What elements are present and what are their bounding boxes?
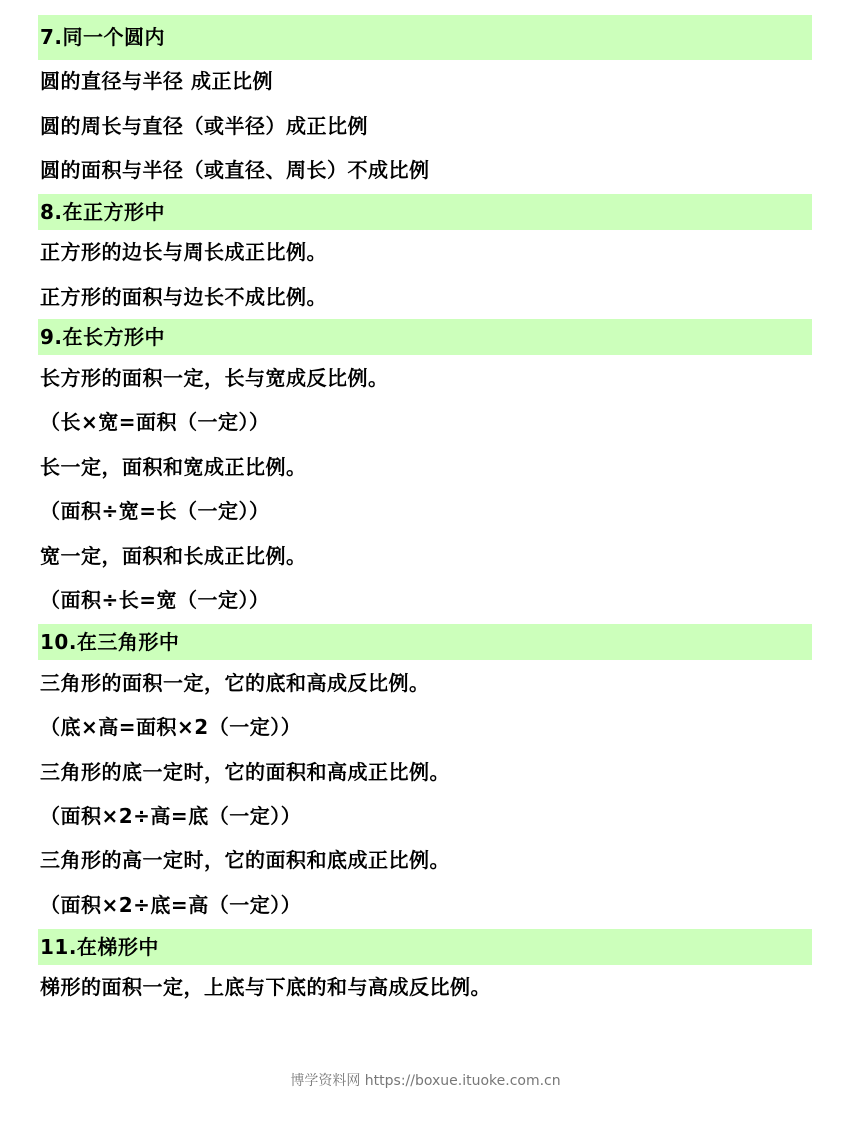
section-8-line-2: 正方形的面积与边长不成比例。 <box>40 284 327 310</box>
section-11-heading: 11.在梯形中 <box>40 934 159 960</box>
section-9-line-5: 宽一定，面积和长成正比例。 <box>40 543 307 569</box>
section-10-line-2: （底×高=面积×2（一定）） <box>40 714 301 740</box>
section-9-line-3: 长一定，面积和宽成正比例。 <box>40 454 307 480</box>
section-10-line-5: 三角形的高一定时，它的面积和底成正比例。 <box>40 847 450 873</box>
section-10-line-1: 三角形的面积一定，它的底和高成反比例。 <box>40 670 430 696</box>
section-9-line-2: （长×宽=面积（一定）） <box>40 409 270 435</box>
footer-watermark: 博学资料网 https://boxue.ituoke.com.cn <box>0 1070 851 1090</box>
section-9-line-4: （面积÷宽=长（一定）） <box>40 498 270 524</box>
section-9-heading: 9.在长方形中 <box>40 324 165 350</box>
section-7-heading: 7.同一个圆内 <box>40 24 165 50</box>
section-10-heading: 10.在三角形中 <box>40 629 179 655</box>
section-10-line-4: （面积×2÷高=底（一定）） <box>40 803 301 829</box>
section-9-line-1: 长方形的面积一定，长与宽成反比例。 <box>40 365 389 391</box>
section-8-heading: 8.在正方形中 <box>40 199 165 225</box>
section-8-line-1: 正方形的边长与周长成正比例。 <box>40 239 327 265</box>
section-10-line-6: （面积×2÷底=高（一定）） <box>40 892 301 918</box>
section-11-line-1: 梯形的面积一定，上底与下底的和与高成反比例。 <box>40 974 491 1000</box>
section-7-line-2: 圆的周长与直径（或半径）成正比例 <box>40 113 368 139</box>
section-7-line-3: 圆的面积与半径（或直径、周长）不成比例 <box>40 157 430 183</box>
section-10-line-3: 三角形的底一定时，它的面积和高成正比例。 <box>40 759 450 785</box>
section-9-line-6: （面积÷长=宽（一定）） <box>40 587 270 613</box>
section-7-line-1: 圆的直径与半径 成正比例 <box>40 68 273 94</box>
